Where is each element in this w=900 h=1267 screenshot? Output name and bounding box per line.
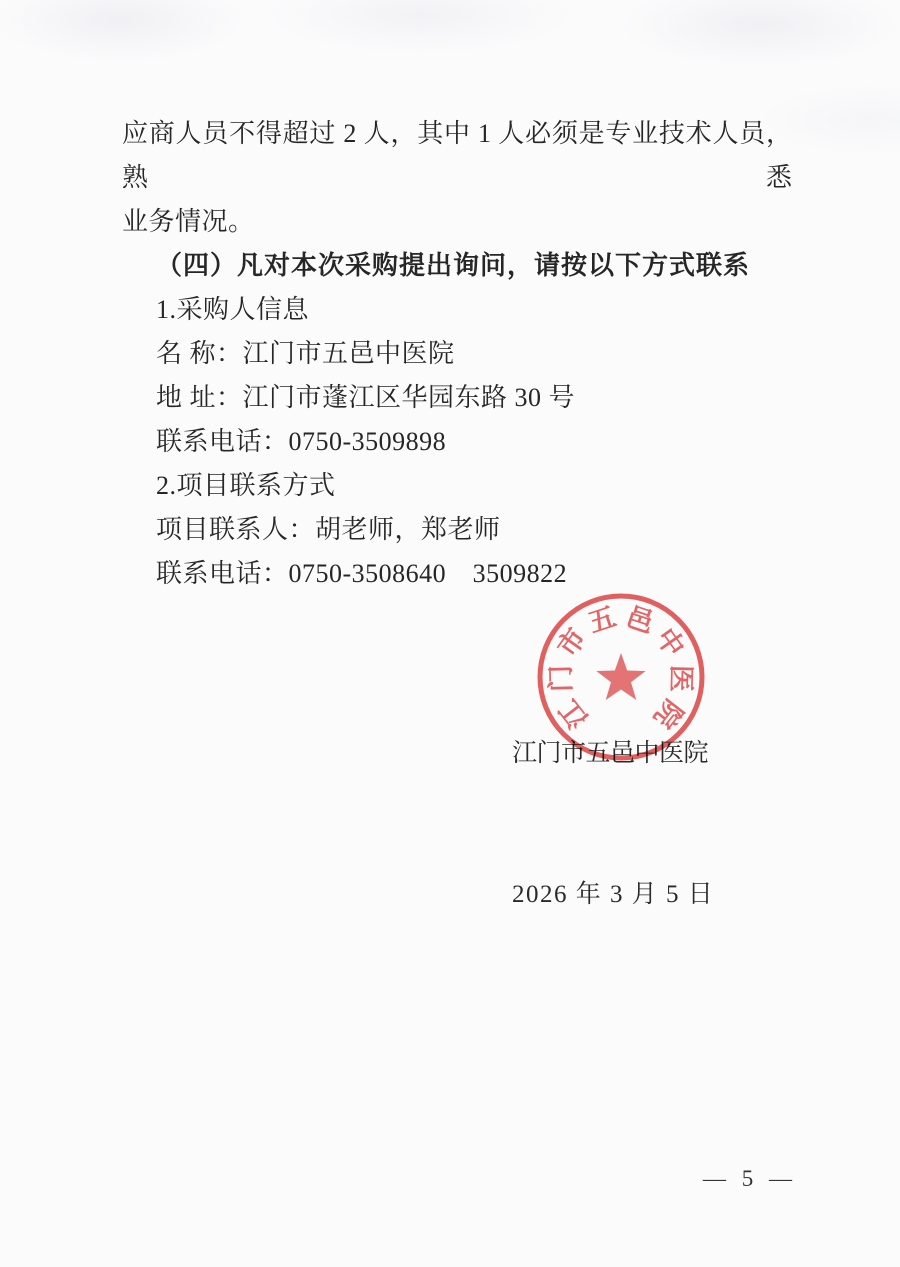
stamp-arc-character: 五 [585, 602, 620, 639]
stamp-arc-character: 邑 [622, 602, 657, 639]
section-heading: （四）凡对本次采购提出询问，请按以下方式联系 [122, 244, 792, 288]
stamp-arc-character: 医 [666, 665, 697, 693]
page-number: — 5 — [703, 1166, 792, 1192]
purchaser-phone-line: 联系电话：0750-3509898 [122, 420, 792, 464]
body-line: 2.项目联系方式 [122, 464, 792, 508]
signature-date: 2026 年 3 月 5 日 [512, 871, 714, 918]
official-stamp: 江门市五邑中医院 [527, 583, 715, 771]
stamp-arc-character: 门 [545, 665, 577, 693]
project-contact-line: 项目联系人：胡老师，郑老师 [122, 508, 792, 552]
body-line: 1.采购人信息 [122, 288, 792, 332]
body-line: 应商人员不得超过 2 人，其中 1 人必须是专业技术人员，熟悉 [122, 112, 792, 200]
purchaser-address-line: 地 址：江门市蓬江区华园东路 30 号 [122, 376, 792, 420]
stamp-star-icon [596, 653, 645, 700]
document-body: 应商人员不得超过 2 人，其中 1 人必须是专业技术人员，熟悉 业务情况。 （四… [122, 112, 792, 596]
body-line: 业务情况。 [122, 200, 792, 244]
purchaser-name-line: 名 称：江门市五邑中医院 [122, 332, 792, 376]
